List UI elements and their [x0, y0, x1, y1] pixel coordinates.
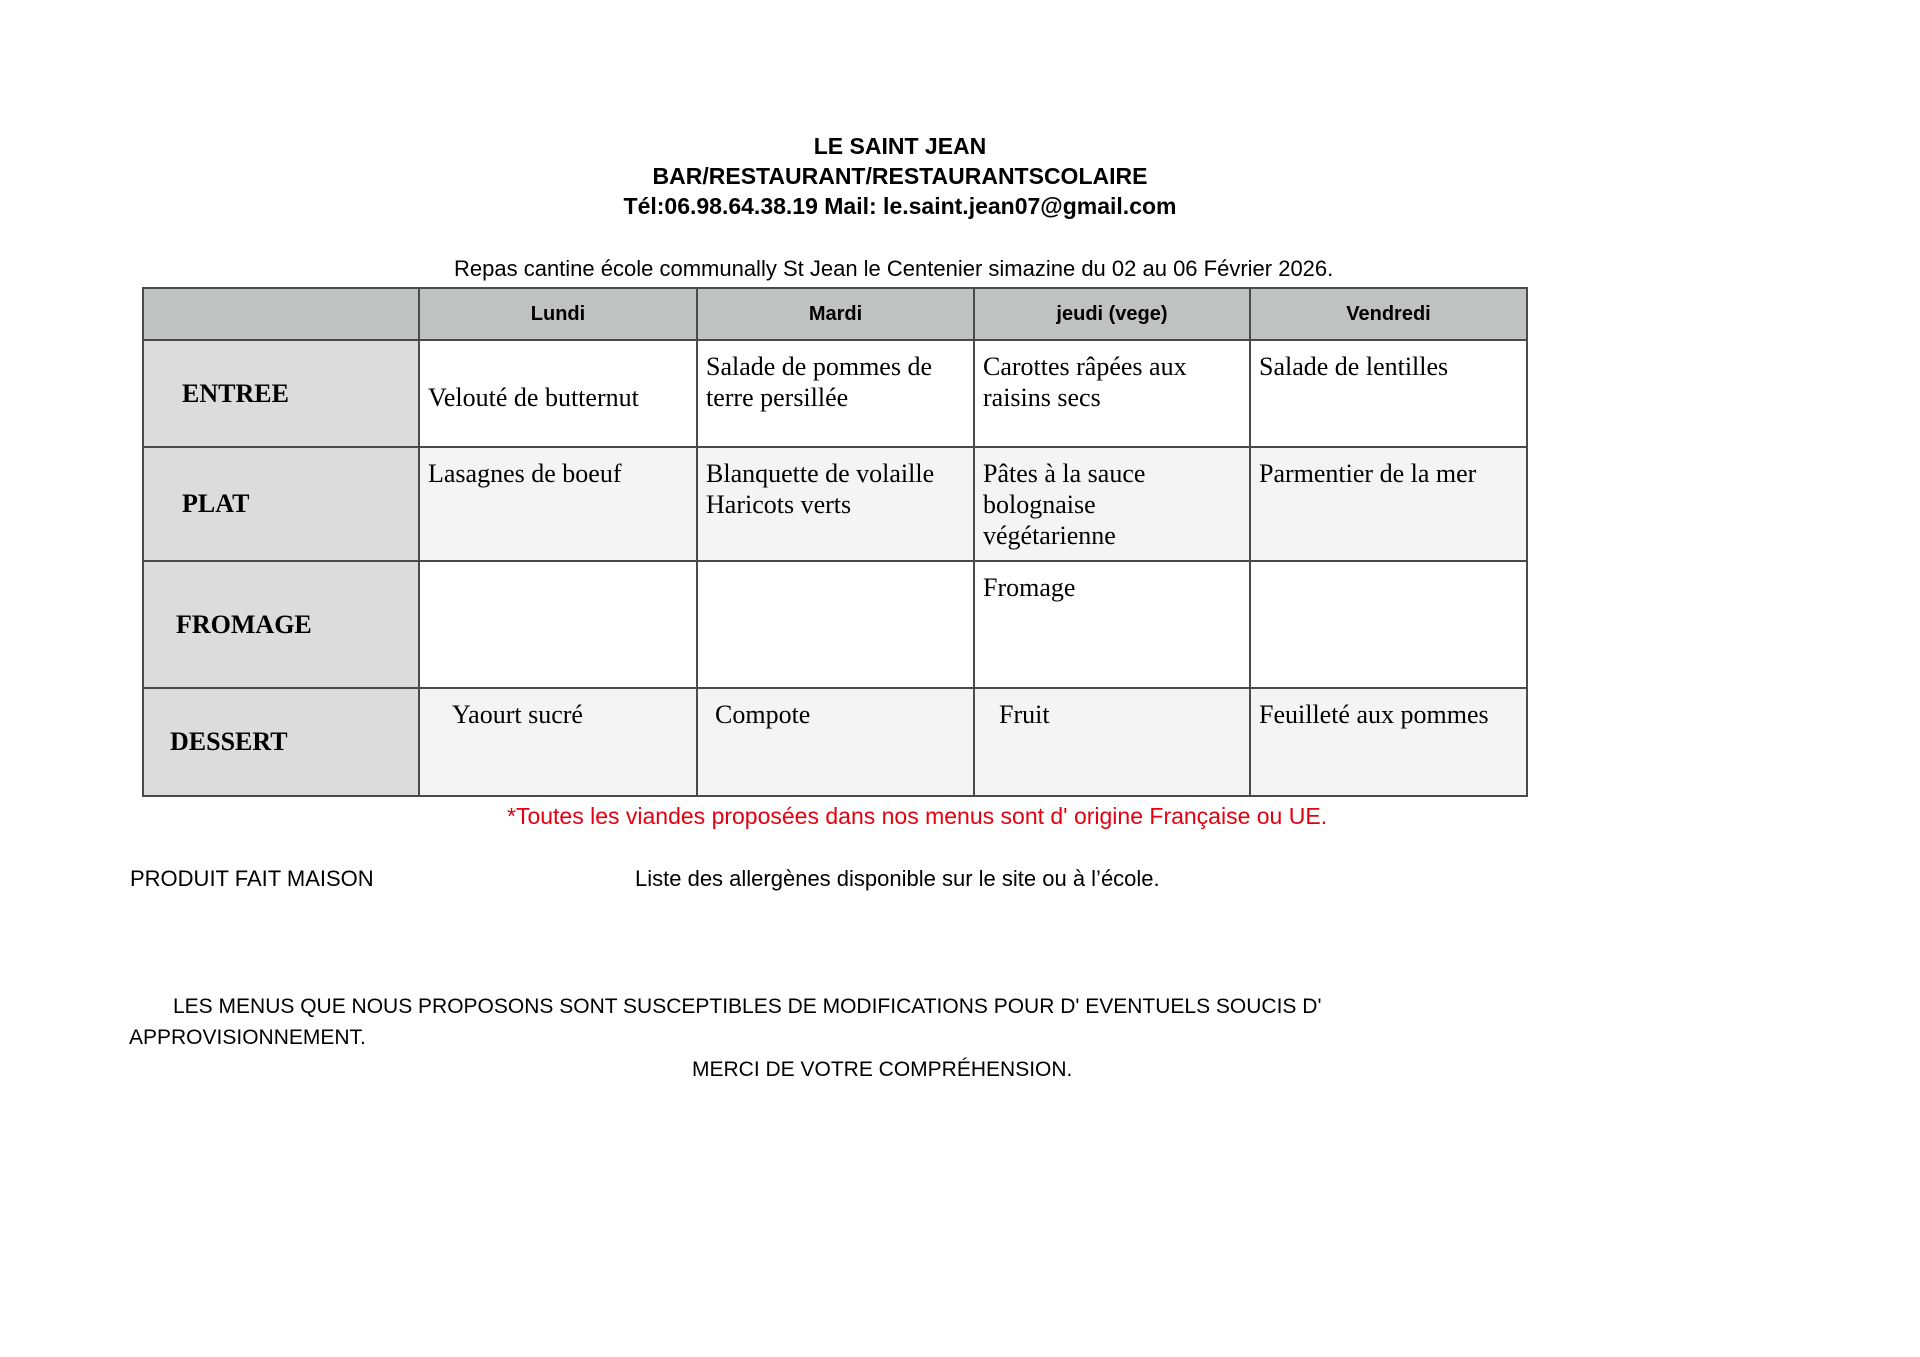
menu-item-text: végétarienne [983, 520, 1241, 551]
column-header-mardi: Mardi [697, 288, 974, 340]
menu-subtitle: Repas cantine école communally St Jean l… [454, 256, 1333, 282]
menu-item-text: Lasagnes de boeuf [428, 458, 688, 489]
menu-cell: Compote [697, 688, 974, 796]
menu-row-fromage: FROMAGEFromage [143, 561, 1527, 688]
menu-row-dessert: DESSERTYaourt sucréCompoteFruitFeuilleté… [143, 688, 1527, 796]
menu-item-text: Parmentier de la mer [1259, 458, 1518, 489]
menu-row-plat: PLATLasagnes de boeufBlanquette de volai… [143, 447, 1527, 561]
menu-row-entree: ENTREE Velouté de butternutSalade de pom… [143, 340, 1527, 447]
row-label: DESSERT [143, 688, 419, 796]
allergens-note: Liste des allergènes disponible sur le s… [635, 866, 1160, 892]
row-label: PLAT [143, 447, 419, 561]
menu-item-text: Salade de pommes de [706, 351, 965, 382]
menu-cell: Parmentier de la mer [1250, 447, 1527, 561]
menu-item-text: Salade de lentilles [1259, 351, 1518, 382]
menu-item-text: Fruit [999, 699, 1241, 730]
menu-cell: Blanquette de volailleHaricots verts [697, 447, 974, 561]
menu-changes-notice-line2: APPROVISIONNEMENT. [129, 1026, 366, 1050]
menu-cell: Lasagnes de boeuf [419, 447, 697, 561]
homemade-label: PRODUIT FAIT MAISON [130, 866, 374, 892]
menu-item-text: Pâtes à la sauce [983, 458, 1241, 489]
menu-cell: Feuilleté aux pommes [1250, 688, 1527, 796]
menu-item-text: Carottes râpées aux [983, 351, 1241, 382]
menu-item-text: terre persillée [706, 382, 965, 413]
menu-item-text: bolognaise [983, 489, 1241, 520]
menu-cell [419, 561, 697, 688]
row-label: ENTREE [143, 340, 419, 447]
menu-item-text: Yaourt sucré [452, 699, 688, 730]
menu-cell: Velouté de butternut [419, 340, 697, 447]
menu-cell [1250, 561, 1527, 688]
row-label: FROMAGE [143, 561, 419, 688]
column-header-lundi: Lundi [419, 288, 697, 340]
column-header-jeudi: jeudi (vege) [974, 288, 1250, 340]
restaurant-header: LE SAINT JEAN BAR/RESTAURANT/RESTAURANTS… [0, 131, 1800, 221]
menu-item-text: Blanquette de volaille [706, 458, 965, 489]
menu-item-text: Velouté de butternut [428, 382, 688, 413]
weekly-menu-table: Lundi Mardi jeudi (vege) Vendredi ENTREE… [142, 287, 1528, 797]
table-header-row: Lundi Mardi jeudi (vege) Vendredi [143, 288, 1527, 340]
restaurant-type: BAR/RESTAURANT/RESTAURANTSCOLAIRE [0, 161, 1800, 191]
column-header-vendredi: Vendredi [1250, 288, 1527, 340]
meat-origin-note: *Toutes les viandes proposées dans nos m… [507, 803, 1327, 830]
restaurant-contact: Tél:06.98.64.38.19 Mail: le.saint.jean07… [0, 191, 1800, 221]
menu-item-text: raisins secs [983, 382, 1241, 413]
menu-cell: Yaourt sucré [419, 688, 697, 796]
menu-cell: Pâtes à la saucebolognaisevégétarienne [974, 447, 1250, 561]
menu-cell: Salade de pommes deterre persillée [697, 340, 974, 447]
menu-changes-notice-line1: LES MENUS QUE NOUS PROPOSONS SONT SUSCEP… [173, 995, 1321, 1019]
menu-cell: Salade de lentilles [1250, 340, 1527, 447]
menu-cell: Fromage [974, 561, 1250, 688]
menu-item-text: Fromage [983, 572, 1241, 603]
column-header-empty [143, 288, 419, 340]
menu-cell: Fruit [974, 688, 1250, 796]
thanks-note: MERCI DE VOTRE COMPRÉHENSION. [692, 1058, 1072, 1082]
menu-item-text [428, 351, 688, 382]
menu-item-text: Compote [715, 699, 965, 730]
menu-cell [697, 561, 974, 688]
restaurant-name: LE SAINT JEAN [0, 131, 1800, 161]
menu-cell: Carottes râpées auxraisins secs [974, 340, 1250, 447]
menu-item-text: Feuilleté aux pommes [1259, 699, 1518, 730]
menu-item-text: Haricots verts [706, 489, 965, 520]
